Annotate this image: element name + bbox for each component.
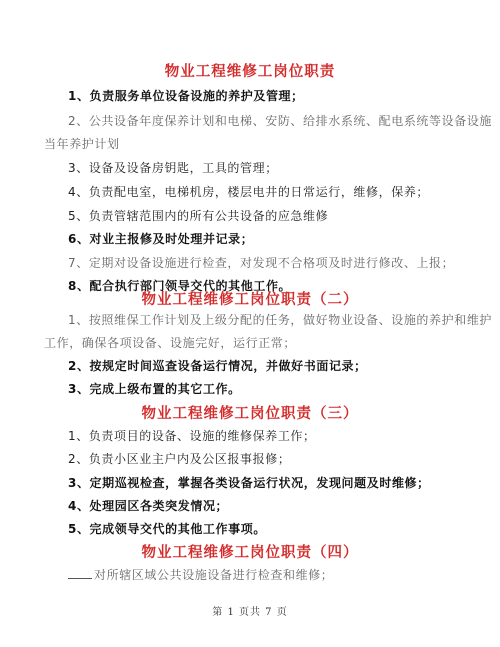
fill-in-blank [68,568,92,579]
page-footer: 第 1 页共 7 页 [0,603,500,618]
duty-item-text: 对所辖区域公共设施设备进行检查和维修； [94,568,333,582]
duty-item: 1、负责服务单位设备设施的养护及管理； [68,87,304,104]
duty-item: 2、负责小区业主户内及公区报事报修； [68,450,290,467]
duty-item: 4、负责配电室，电梯机房，楼层电井的日常运行，维修，保养； [68,183,429,200]
duty-item: 5、完成领导交代的其他工作事项。 [68,520,266,537]
duty-item: 1、负责项目的设备、设施的维修保养工作； [68,427,316,444]
duty-item: 3、设备及设备房钥匙，工具的管理； [68,159,278,176]
duty-item: 3、完成上级布置的其它工作。 [68,380,241,397]
duty-item: 5、负责管辖范围内的所有公共设备的应急维修 [68,207,328,224]
section-title-3: 物业工程维修工岗位职责（三） [0,402,500,423]
duty-item: 2、公共设备年度保养计划和电梯、安防、给排水系统、配电系统等设备设施 [68,112,492,129]
duty-item-continuation: 工作，确保各项设备、设施完好，运行正常； [44,334,296,351]
duty-item-continuation: 当年养护计划 [44,135,120,152]
duty-item: 3、定期巡视检查，掌握各类设备运行状况，发现问题及时维修； [68,474,430,491]
duty-item: 1、按照维保工作计划及上级分配的任务，做好物业设备、设施的养护和维护 [68,311,492,328]
section-title-1: 物业工程维修工岗位职责 [0,60,500,81]
duty-item: 对所辖区域公共设施设备进行检查和维修； [68,566,333,583]
duty-item: 6、对业主报修及时处理并记录； [68,230,253,247]
duty-item: 2、按规定时间巡查设备运行情况，并做好书面记录； [68,357,367,374]
duty-item: 4、处理园区各类突发情况； [68,497,228,514]
duty-item: 7、定期对设备设施进行检查，对发现不合格项及时进行修改、上报； [68,254,454,271]
document-page: 物业工程维修工岗位职责 1、负责服务单位设备设施的养护及管理； 2、公共设备年度… [0,0,500,647]
section-title-4: 物业工程维修工岗位职责（四） [0,541,500,562]
section-title-2: 物业工程维修工岗位职责（二） [0,288,500,309]
